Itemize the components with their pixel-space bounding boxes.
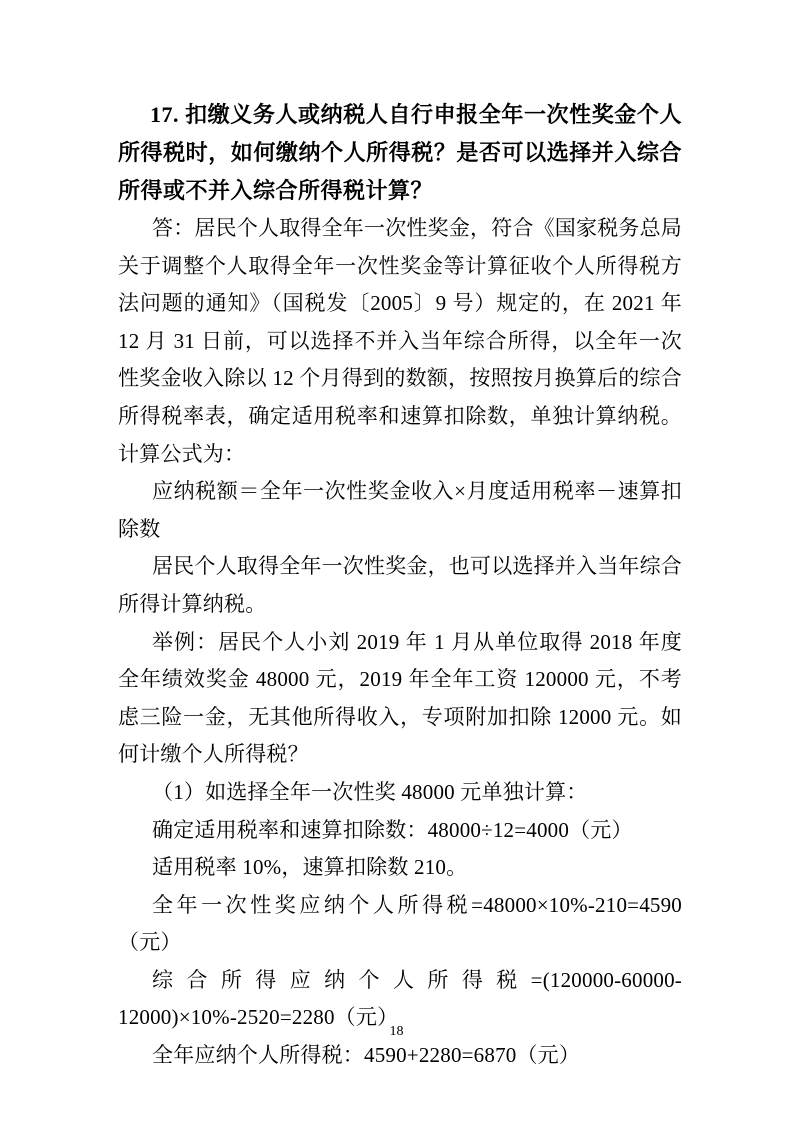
- paragraph-example-intro: 举例：居民个人小刘 2019 年 1 月从单位取得 2018 年度全年绩效奖金 …: [118, 624, 682, 774]
- paragraph-answer-intro: 答：居民个人取得全年一次性奖金，符合《国家税务总局关于调整个人取得全年一次性奖金…: [118, 210, 682, 473]
- paragraph-bonus-tax-result: 全年一次性奖应纳个人所得税=48000×10%-210=4590（元）: [118, 887, 682, 962]
- paragraph-applicable-rate: 适用税率 10%，速算扣除数 210。: [118, 849, 682, 887]
- page-number: 18: [0, 1022, 793, 1042]
- question-heading: 17. 扣缴义务人或纳税人自行申报全年一次性奖金个人所得税时，如何缴纳个人所得税…: [118, 96, 682, 210]
- paragraph-rate-calculation: 确定适用税率和速算扣除数：48000÷12=4000（元）: [118, 812, 682, 850]
- paragraph-annual-total-tax: 全年应纳个人所得税：4590+2280=6870（元）: [118, 1037, 682, 1075]
- paragraph-option1-title: （1）如选择全年一次性奖 48000 元单独计算：: [118, 774, 682, 812]
- paragraph-optional-merge: 居民个人取得全年一次性奖金，也可以选择并入当年综合所得计算纳税。: [118, 548, 682, 623]
- paragraph-tax-formula: 应纳税额＝全年一次性奖金收入×月度适用税率－速算扣除数: [118, 473, 682, 548]
- document-page: 17. 扣缴义务人或纳税人自行申报全年一次性奖金个人所得税时，如何缴纳个人所得税…: [0, 0, 793, 1122]
- document-content: 17. 扣缴义务人或纳税人自行申报全年一次性奖金个人所得税时，如何缴纳个人所得税…: [118, 96, 682, 1075]
